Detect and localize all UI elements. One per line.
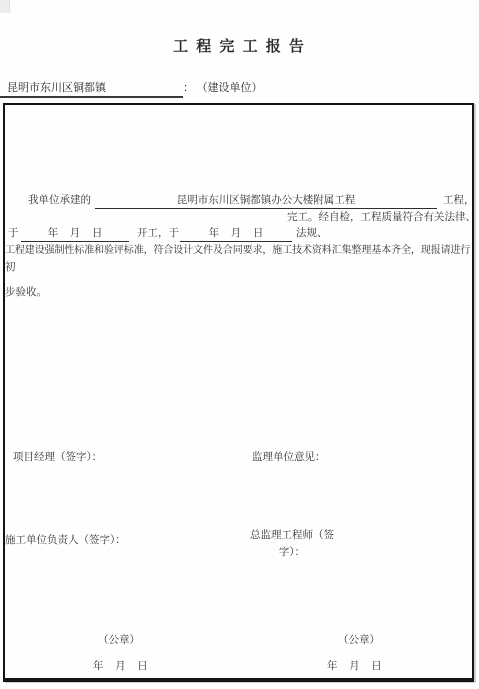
document-title: 工 程 完 工 报 告 bbox=[0, 35, 479, 56]
line3-prefix-text: 于 bbox=[8, 226, 19, 241]
addressee-colon: ： bbox=[183, 82, 194, 94]
start-date-blank: 年 月 日 bbox=[21, 226, 129, 242]
official-seal-right-label: （公章） bbox=[338, 632, 380, 647]
end-date-blank: 年 月 日 bbox=[180, 226, 292, 242]
addressee-unit-blank: 昆明市东川区铜都镇 bbox=[0, 81, 183, 98]
addressee-role-label: （建设单位） bbox=[202, 82, 263, 94]
official-seal-left-label: （公章） bbox=[98, 632, 140, 647]
chief-engineer-signature-label: 总监理工程师（签字）： bbox=[248, 527, 336, 561]
project-manager-signature-label: 项目经理（签字）： bbox=[13, 450, 102, 465]
paragraph-line-4: 工程建设强制性标准和验评标准，符合设计文件及合同要求，施工技术资料汇集整理基本齐… bbox=[5, 243, 470, 258]
line3-mid-text: 开工，于 bbox=[137, 226, 179, 241]
line3-suffix-text: 法规、 bbox=[296, 226, 328, 241]
line1-prefix-text: 我单位承建的 bbox=[28, 193, 91, 208]
report-body-frame bbox=[3, 103, 474, 682]
paragraph-line-5: 初 bbox=[5, 260, 16, 275]
project-name-blank: 昆明市东川区铜都镇办公大楼附属工程 bbox=[95, 193, 437, 209]
paragraph-line-2: 完工。经自检，工程质量符合有关法律、 bbox=[287, 210, 476, 225]
scan-artifact-mark bbox=[0, 0, 10, 13]
supervisor-opinion-label: 监理单位意见： bbox=[252, 450, 326, 465]
date-line-left: 年 月 日 bbox=[93, 658, 148, 673]
contractor-head-signature-label: 施工单位负责人（签字）： bbox=[5, 533, 126, 548]
line1-suffix-text: 工程， bbox=[443, 193, 475, 208]
date-line-right: 年 月 日 bbox=[327, 658, 382, 673]
addressee-line: 昆明市东川区铜都镇：（建设单位） bbox=[0, 81, 263, 98]
completion-report-page: 工 程 完 工 报 告 昆明市东川区铜都镇：（建设单位） 我单位承建的 昆明市东… bbox=[0, 0, 479, 689]
paragraph-line-6: 步验收。 bbox=[5, 285, 47, 300]
